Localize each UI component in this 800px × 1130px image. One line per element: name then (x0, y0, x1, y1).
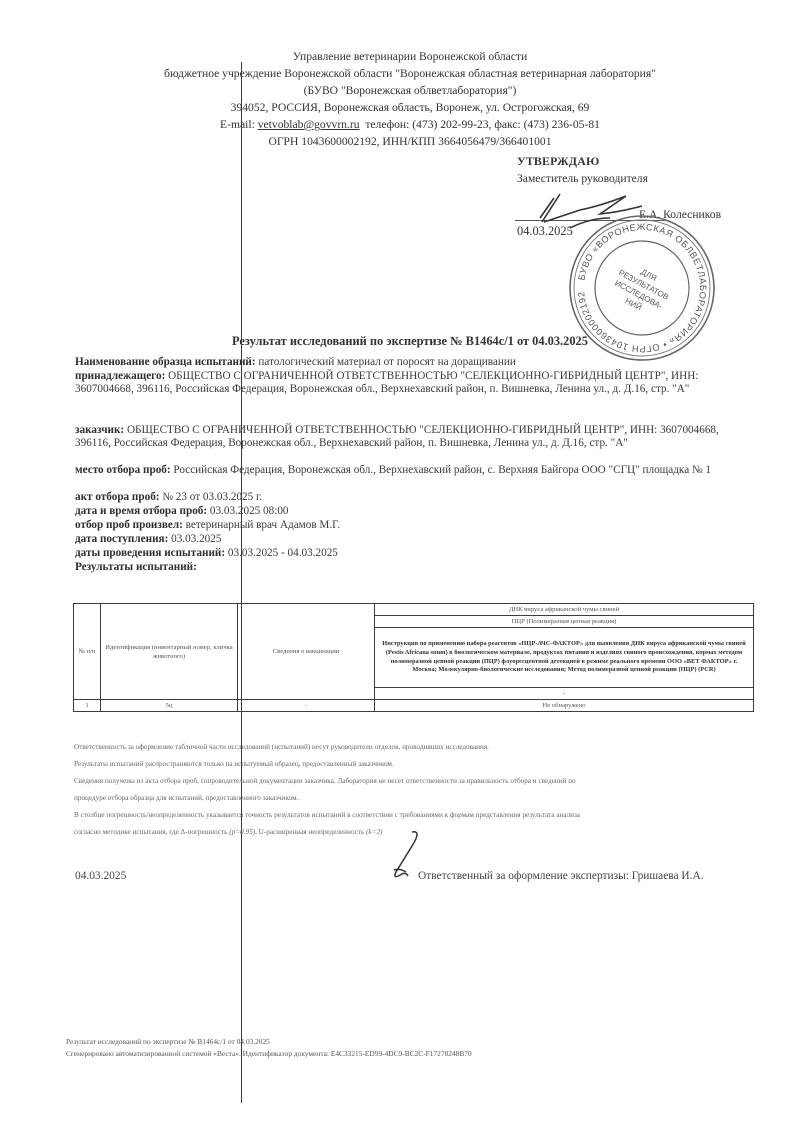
email-label: E-mail: (220, 118, 255, 131)
field-sampling-place: место отбора проб: Российская Федерация,… (75, 464, 757, 477)
header-institution: бюджетное учреждение Воронежской области… (100, 67, 720, 81)
footer-generated: Сгенерировано автоматизированной системо… (66, 1049, 472, 1059)
field-test-dates: даты проведения испытаний: 03.03.2025 - … (75, 547, 757, 560)
field-sampling-datetime: дата и время отбора проб: 03.03.2025 08:… (75, 505, 757, 518)
th-number: № п/п (74, 604, 101, 700)
header-address: 394052, РОССИЯ, Воронежская область, Вор… (100, 101, 720, 115)
cell-num: 1 (74, 700, 101, 712)
cell-result: Не обнаружено (375, 700, 754, 712)
cell-vacc: - (238, 700, 375, 712)
scan-fold-line (241, 62, 242, 1103)
header-contacts: E-mail: vetvoblab@govvrn.ru телефон: (47… (100, 118, 720, 132)
footer-reference: Результат исследований по экспертизе № В… (66, 1037, 270, 1047)
th-identification: Идентификация (инвентарный номер, кличка… (101, 604, 238, 700)
th-vaccination: Сведения о вакцинации (238, 604, 375, 700)
th-method-doc: Инструкция по применению набора реагенто… (375, 628, 754, 688)
email-link[interactable]: vetvoblab@govvrn.ru (258, 118, 360, 131)
note-source-b: процедуре отбора образца для испытаний, … (74, 793, 764, 803)
th-method-short: ПЦР (Полимеразная цепная реакция) (375, 616, 754, 628)
note-uncertainty-a: В столбце погрешность/неопределенность у… (74, 810, 764, 820)
field-customer: заказчик: ОБЩЕСТВО С ОГРАНИЧЕННОЙ ОТВЕТС… (75, 424, 757, 451)
cell-id: 5ц (101, 700, 238, 712)
th-indicator: ДНК вируса африканской чумы свиней (375, 604, 754, 616)
results-label: Результаты испытаний: (75, 561, 757, 574)
note-responsibility: Ответственность за оформление табличной … (74, 742, 764, 752)
results-table: № п/п Идентификация (инвентарный номер, … (73, 603, 754, 712)
signoff-date: 04.03.2025 (75, 870, 126, 882)
approval-title: УТВЕРЖДАЮ (517, 154, 599, 169)
header-agency: Управление ветеринарии Воронежской облас… (100, 50, 720, 64)
note-scope: Результаты испытаний распространяются то… (74, 759, 764, 769)
field-sampling-act: акт отбора проб: № 23 от 03.03.2025 г. (75, 491, 757, 504)
note-source-a: Сведения получены из акта отбора проб, с… (74, 776, 764, 786)
field-sample-name: Наименование образца испытаний: патологи… (75, 356, 757, 369)
phone-fax: телефон: (473) 202-99-23, факс: (473) 23… (365, 118, 600, 131)
header-short-name: (БУВО "Воронежская облветлаборатория") (100, 84, 720, 98)
field-received-date: дата поступления: 03.03.2025 (75, 533, 757, 546)
field-sampler: отбор проб произвел: ветеринарный врач А… (75, 519, 757, 532)
document-title: Результат исследований по экспертизе № В… (60, 334, 760, 349)
table-row: 1 5ц - Не обнаружено (74, 700, 754, 712)
approval-position: Заместитель руководителя (517, 172, 648, 185)
signoff-responsible: Ответственный за оформление экспертизы: … (418, 870, 704, 882)
header-registration-ids: ОГРН 1043600002192, ИНН/КПП 3664056479/3… (100, 135, 720, 149)
field-owner: принадлежащего: ОБЩЕСТВО С ОГРАНИЧЕННОЙ … (75, 370, 757, 397)
th-norm: - (375, 688, 754, 700)
